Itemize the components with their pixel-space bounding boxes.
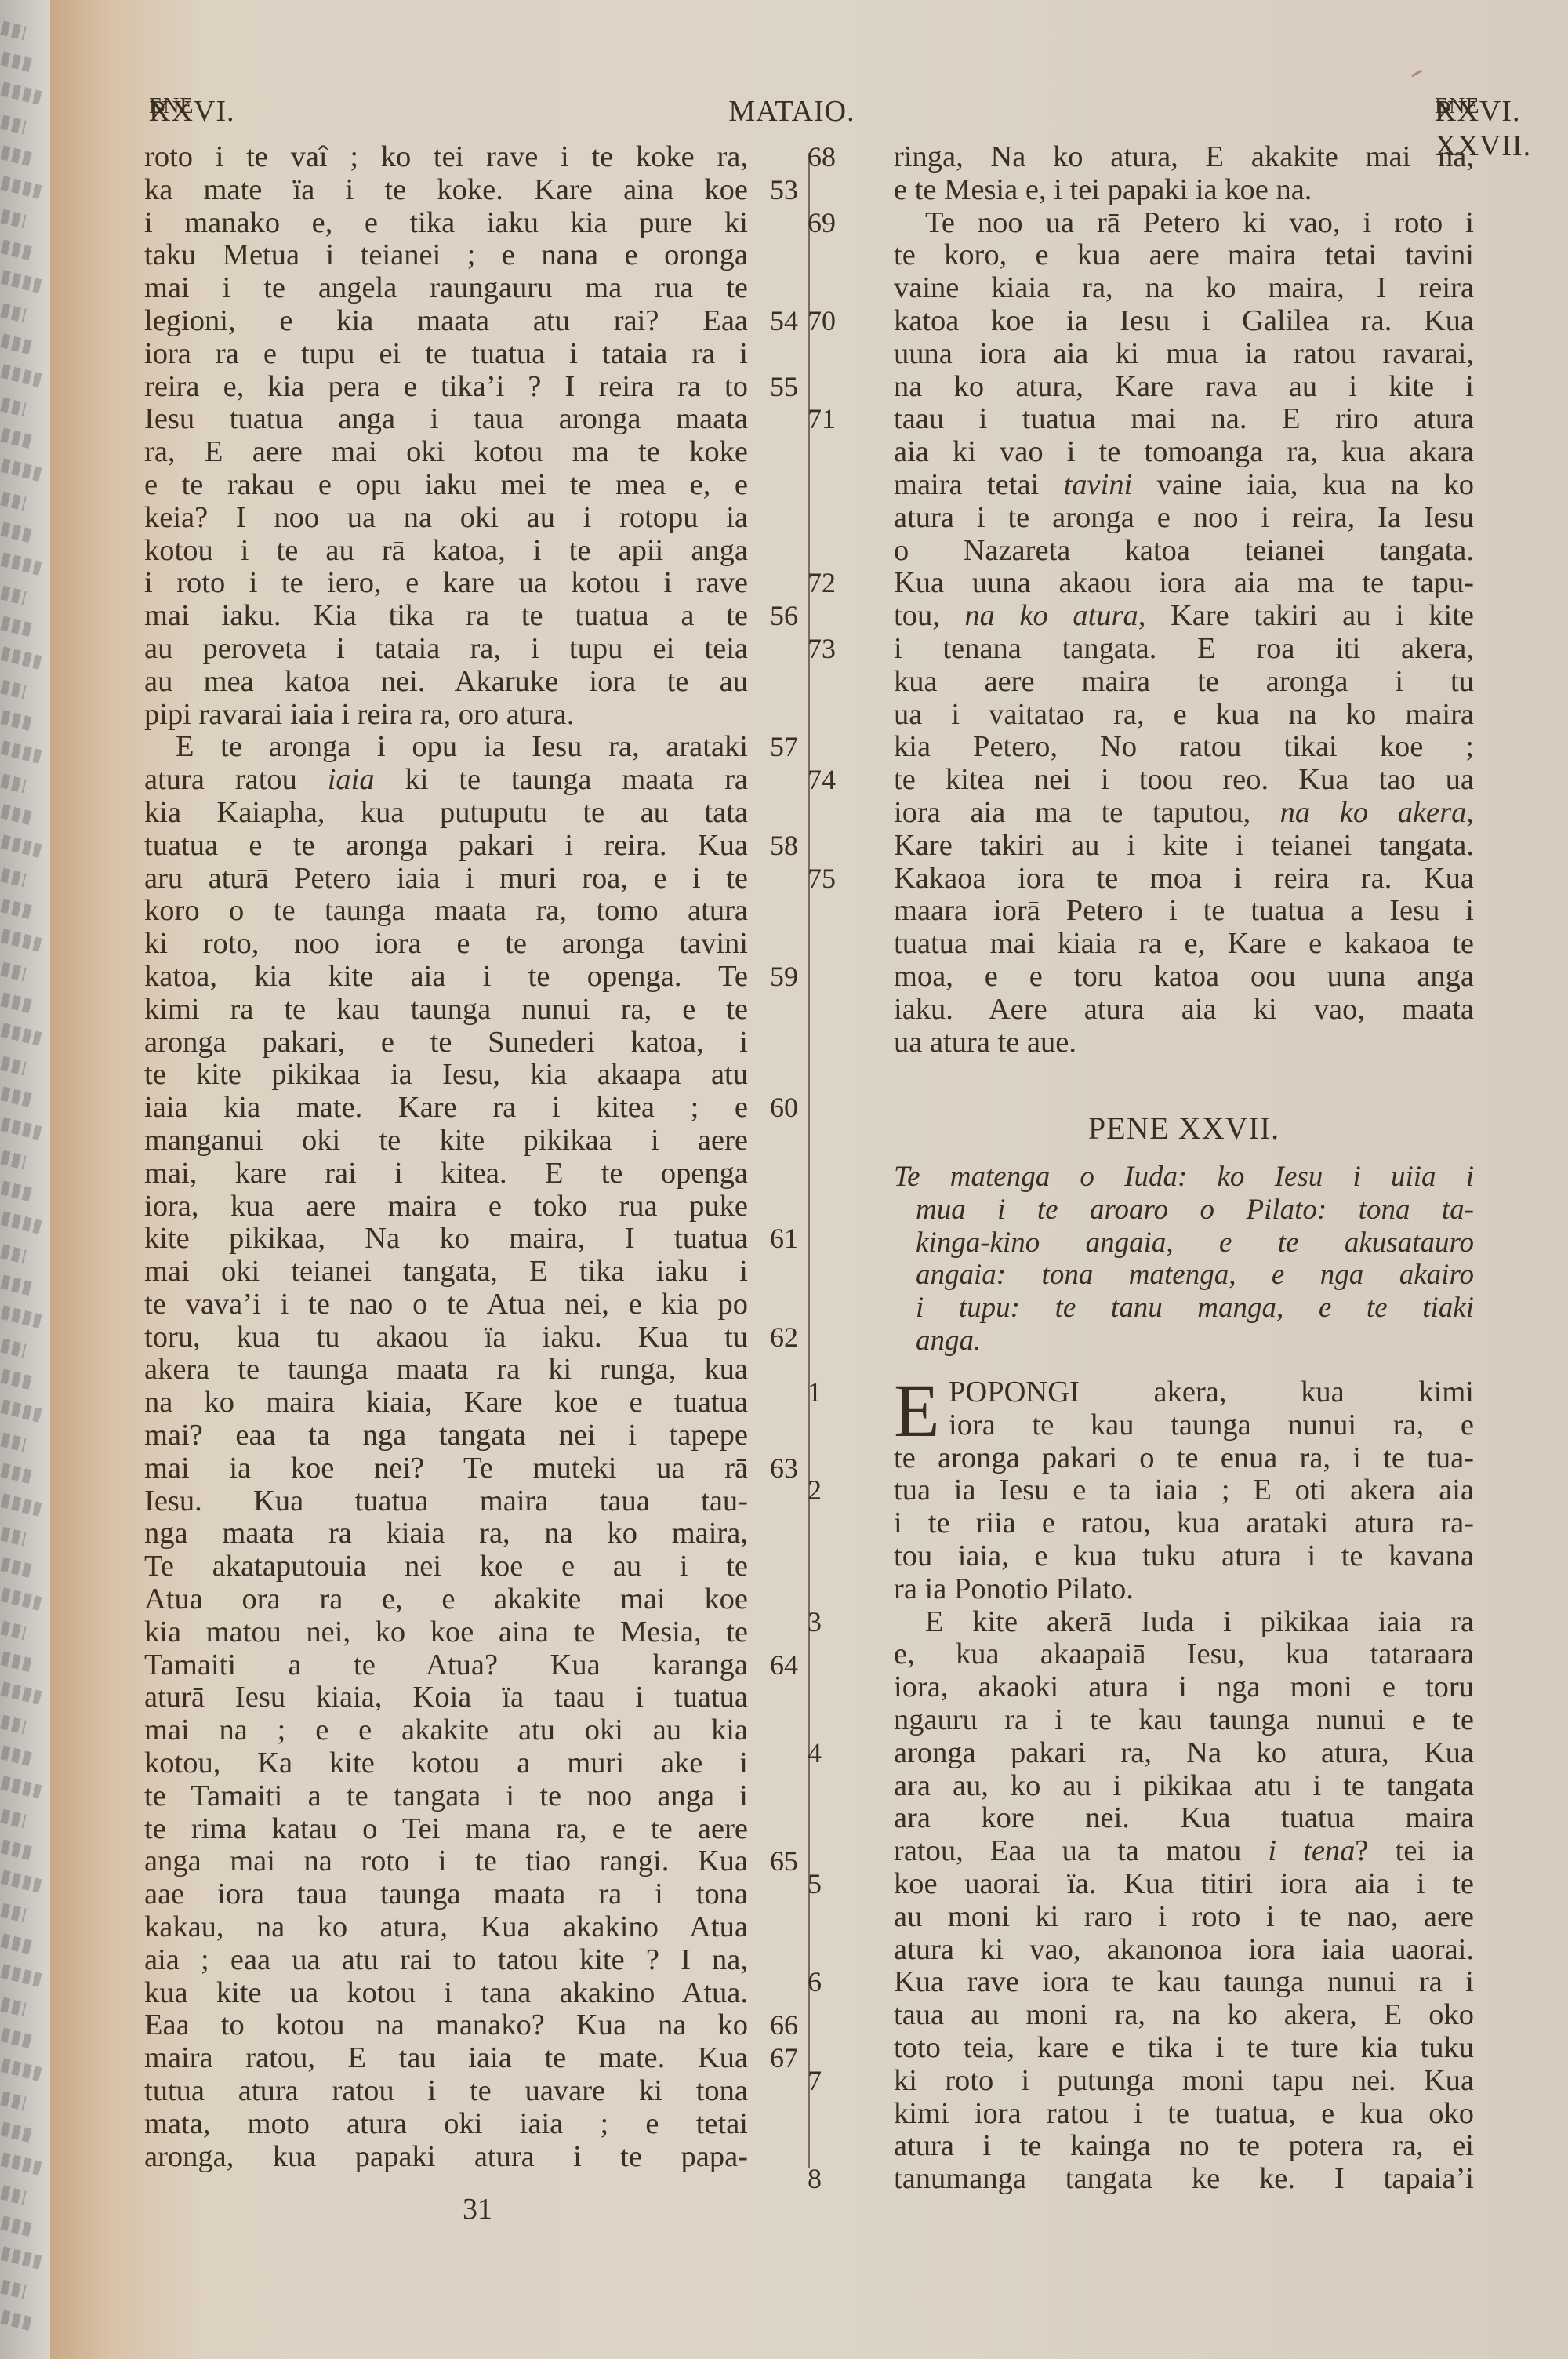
text-line: akera te taunga maata ra ki runga, kua [144, 1354, 748, 1387]
verse-number: 59 [770, 961, 798, 994]
text-line: te kite pikikaa ia Iesu, kia akaapa atu [144, 1059, 748, 1092]
text-line: vaine kiaia ra, na ko maira, I reira [894, 272, 1474, 305]
facing-page-text [1, 458, 42, 482]
text-line: ara au, ko au i pikikaa atu i te tangata [894, 1770, 1474, 1803]
facing-page-text [1, 1211, 42, 1234]
facing-page-text [0, 1056, 26, 1076]
summary-line: i tupu: te tanu manga, e te tiaki [894, 1292, 1474, 1325]
text-line: te kitea nei i toou reo. Kua tao ua74 [894, 764, 1474, 797]
text-line: katoa, kia kite aia i te openga. Te59 [144, 961, 748, 994]
text-line: au moni ki raro i roto i te nao, aere [894, 1901, 1474, 1934]
facing-page-text [0, 1651, 34, 1672]
verse-number: 54 [770, 305, 798, 338]
facing-page-text [0, 2121, 34, 2143]
running-head: PENE XXVI. MATAIO. PENE XXVI. XXVII. [149, 94, 1435, 133]
text-line: te vava’i i te nao o te Atua nei, e kia … [144, 1289, 748, 1321]
facing-page-text [0, 115, 26, 135]
text-line: ara kore nei. Kua tuatua maira [894, 1802, 1474, 1835]
text-line: iora aia ma te taputou, na ko akera, [894, 797, 1474, 830]
text-line: te rima katau o Tei mana ra, e te aere [144, 1813, 748, 1846]
text-line: aru aturā Petero iaia i muri roa, e i te [144, 863, 748, 896]
text-line: ua atura te aue. [894, 1027, 1474, 1060]
text-line: mai oki teianei tangata, E tika iaku i [144, 1256, 748, 1289]
text-line: uuna iora aia ki mua ia ratou ravarai, [894, 338, 1474, 371]
facing-page-text [0, 1463, 34, 1484]
text-line: tuatua mai kiaia ra e, Kare e kakaoa te [894, 928, 1474, 961]
facing-page-text [1, 2246, 42, 2270]
text-line: keia? I noo ua na oki au i rotopu ia [144, 502, 748, 535]
chapter-27-text: EPOPONGI akera, kua kimi1iora te kau tau… [894, 1376, 1474, 2196]
verse-number: 70 [808, 305, 862, 338]
text-line: Kua uuna akaou iora aia ma te tapu-72 [894, 567, 1474, 600]
verse-number: 57 [770, 731, 798, 764]
text-line: aia ki vao i te tomoanga ra, kua akara [894, 436, 1474, 469]
text-line: atura i te aronga e noo i reira, Ia Iesu [894, 502, 1474, 535]
text-line: E kite akerā Iuda i pikikaa iaia ra3 [894, 1606, 1474, 1639]
text-line: ratou, Eaa ua ta matou i tena? tei ia [894, 1835, 1474, 1868]
verse-number: 7 [808, 2065, 862, 2098]
text-line: iaia kia mate. Kare ra i kitea ; e60 [144, 1092, 748, 1125]
verse-number: 73 [808, 633, 862, 666]
verse-number: 65 [770, 1845, 798, 1878]
facing-page-text [0, 2027, 34, 2048]
facing-page-text [0, 1274, 34, 1296]
facing-page-text [0, 209, 26, 229]
facing-page-text [0, 21, 26, 41]
text-line: e te rakau e opu iaku mei te mea e, e [144, 469, 748, 502]
summary-line: anga. [894, 1325, 1474, 1358]
verse-number: 60 [770, 1092, 798, 1125]
verse-number: 55 [770, 371, 798, 404]
text-line: aia ; eaa ua atu rai to tatou kite ? I n… [144, 1944, 748, 1977]
facing-page-text [0, 398, 26, 417]
text-line: kotou, Ka kite kotou a muri ake i [144, 1747, 748, 1780]
verse-number: 61 [770, 1223, 798, 1256]
text-line: mai, kare rai i kitea. E te openga [144, 1158, 748, 1190]
text-line: o Nazareta katoa teianei tangata. [894, 535, 1474, 568]
chapter-heading: PENE XXVII. [894, 1110, 1474, 1147]
facing-page-text [0, 2092, 26, 2111]
text-line: maira ratou, E tau iaia te mate. Kua67 [144, 2042, 748, 2075]
facing-page-text [0, 804, 34, 825]
text-line: tou, na ko atura, Kare takiri au i kite [894, 600, 1474, 633]
text-line: iora te kau taunga nunui ra, e [894, 1409, 1474, 1442]
text-line: atura ki vao, akanonoa iora iaia uaorai. [894, 1934, 1474, 1967]
facing-page-text [1, 364, 42, 387]
text-line: Kare takiri au i kite i teianei tangata. [894, 830, 1474, 863]
text-line: iora, akaoki atura i nga moni e toru [894, 1671, 1474, 1704]
text-line: manganui oki te kite pikikaa i aere [144, 1125, 748, 1158]
summary-line: Te matenga o Iuda: ko Iesu i uiia i [894, 1161, 1474, 1194]
text-line: kia Petero, No ratou tikai koe ; [894, 731, 1474, 764]
verse-number: 6 [808, 1966, 862, 1999]
text-line: tuatua e te aronga pakari i reira. Kua58 [144, 830, 748, 863]
text-line: Tamaiti a te Atua? Kua karanga64 [144, 1649, 748, 1682]
text-line: i roto i te iero, e kare ua kotou i rave [144, 567, 748, 600]
facing-page-text [0, 1715, 26, 1735]
text-line: kite pikikaa, Na ko maira, I tuatua61 [144, 1223, 748, 1256]
facing-page-text [0, 1809, 26, 1829]
verse-number: 71 [808, 403, 862, 436]
facing-page-text [1, 552, 42, 576]
text-line: aronga, kua papaki atura i te papa- [144, 2141, 748, 2174]
facing-page-text [0, 586, 26, 605]
text-line: na ko atura, Kare rava au i kite i [894, 371, 1474, 404]
text-line: kia Kaiapha, kua putuputu te au tata [144, 797, 748, 830]
facing-page-text [0, 2280, 26, 2299]
text-line: aturā Iesu kiaia, Koia ïa taau i tuatua [144, 1681, 748, 1714]
text-line: Te noo ua rā Petero ki vao, i roto i69 [894, 207, 1474, 240]
facing-page-text [1, 929, 42, 952]
text-line: Eaa to kotou na manako? Kua na ko66 [144, 2009, 748, 2042]
text-line: Atua ora ra e, e akakite mai koe [144, 1583, 748, 1616]
facing-page-text [1, 2058, 42, 2081]
facing-page-text [0, 2186, 26, 2205]
facing-page-text [0, 239, 34, 260]
text-line: ki roto i putunga moni tapu nei. Kua7 [894, 2065, 1474, 2098]
facing-page-text [0, 1839, 34, 1860]
facing-page-text [1, 176, 42, 199]
facing-page-text [0, 1527, 26, 1547]
facing-page-text [1, 1493, 42, 1517]
page-number: 31 [463, 2192, 492, 2226]
text-line: kua kite ua kotou i tana akakino Atua. [144, 1977, 748, 2010]
text-line: au peroveta i tataia ra, i tupu ei teia [144, 633, 748, 666]
text-line: E te aronga i opu ia Iesu ra, arataki57 [144, 731, 748, 764]
text-line: atura i te kainga no te potera ra, ei [894, 2130, 1474, 2163]
summary-line: angaia: tona matenga, e nga akairo [894, 1259, 1474, 1292]
verse-number: 8 [808, 2163, 862, 2196]
verse-number: 66 [770, 2009, 798, 2042]
text-line: te Tamaiti a te tangata i te noo anga i [144, 1780, 748, 1813]
facing-page-text [0, 145, 34, 166]
facing-page-text [1, 1681, 42, 1705]
facing-page-text [1, 1117, 42, 1140]
facing-page-text [1, 1399, 42, 1423]
text-line: kimi ra te kau taunga nunui ra, e te [144, 994, 748, 1027]
text-line: mai i te angela raungauru ma rua te [144, 272, 748, 305]
text-line: i te riia e ratou, kua arataki atura ra- [894, 1507, 1474, 1540]
facing-page-text [0, 962, 26, 982]
facing-page-text [0, 1745, 34, 1766]
text-line: maara iorā Petero i te tuatua a Iesu i [894, 895, 1474, 928]
column-divider [808, 153, 810, 2168]
right-column: ringa, Na ko atura, E akakite mai na,68e… [894, 141, 1474, 1059]
facing-page-text [0, 427, 34, 449]
text-line: ringa, Na ko atura, E akakite mai na,68 [894, 141, 1474, 174]
verse-number: 1 [808, 1376, 862, 1409]
text-line: te aronga pakari o te enua ra, i te tua- [894, 1442, 1474, 1475]
text-line: Iesu tuatua anga i taua aronga maata [144, 403, 748, 436]
text-line: mai? eaa ta nga tangata nei i tapepe [144, 1419, 748, 1452]
verse-number: 69 [808, 207, 862, 240]
text-line: e te Mesia e, i tei papaki ia koe na. [894, 174, 1474, 207]
text-line: moa, e e toru katoa oou uuna anga [894, 961, 1474, 994]
verse-number: 63 [770, 1452, 798, 1485]
facing-page-text [0, 1086, 34, 1107]
facing-page-text [1, 1776, 42, 1799]
text-line: taau i tuatua mai na. E riro atura71 [894, 403, 1474, 436]
text-line: Kua rave iora te kau taunga nunui ra i6 [894, 1966, 1474, 1999]
verse-number: 4 [808, 1737, 862, 1770]
facing-page-text [0, 1557, 34, 1578]
text-line: legioni, e kia maata atu rai? Eaa54 [144, 305, 748, 338]
facing-page-text [0, 1150, 26, 1170]
facing-page-edge [0, 0, 50, 2359]
text-line: i tenana tangata. E roa iti akera,73 [894, 633, 1474, 666]
verse-number: 58 [770, 830, 798, 863]
text-line: iora, kua aere maira e toko rua puke [144, 1190, 748, 1223]
facing-page-text [1, 1305, 42, 1329]
text-line: Iesu. Kua tuatua maira taua tau- [144, 1485, 748, 1518]
text-line: ua i vaitatao ra, e kua na ko maira [894, 699, 1474, 732]
facing-page-text [0, 992, 34, 1013]
left-column: roto i te vaî ; ko tei rave i te koke ra… [144, 141, 748, 2173]
verse-number: 74 [808, 764, 862, 797]
facing-page-text [0, 680, 26, 700]
text-line: kua aere maira te aronga i tu [894, 666, 1474, 699]
chapter-summary: Te matenga o Iuda: ko Iesu i uiia imua i… [894, 1161, 1474, 1358]
text-line: nga maata ra kiaia ra, na ko maira, [144, 1518, 748, 1550]
text-line: aronga pakari ra, Na ko atura, Kua4 [894, 1737, 1474, 1770]
text-line: mai iaku. Kia tika ra te tuatua a te56 [144, 600, 748, 633]
text-line: koro o te taunga maata ra, tomo atura [144, 895, 748, 928]
verse-number: 68 [808, 141, 862, 174]
facing-page-text [0, 898, 34, 919]
text-line: iaku. Aere atura aia ki vao, maata [894, 994, 1474, 1027]
text-line: pipi ravarai iaia i reira ra, oro atura. [144, 699, 748, 732]
text-line: kia matou nei, ko koe aina te Mesia, te [144, 1616, 748, 1649]
text-line: kotou i te au rā katoa, i te apii anga [144, 535, 748, 568]
facing-page-text [0, 1621, 26, 1641]
facing-page-text [0, 616, 34, 637]
facing-page-text [0, 51, 34, 72]
verse-number: 2 [808, 1474, 862, 1507]
facing-page-text [0, 1339, 26, 1358]
summary-line: kinga-kino angaia, e te akusatauro [894, 1227, 1474, 1259]
text-line: ki roto, noo iora e te aronga tavini [144, 928, 748, 961]
verse-number: 64 [770, 1649, 798, 1682]
text-line: mai na ; e e akakite atu oki au kia [144, 1714, 748, 1747]
verse-number: 56 [770, 600, 798, 633]
text-line: reira e, kia pera e tika’i ? I reira ra … [144, 371, 748, 404]
verse-number: 3 [808, 1606, 862, 1639]
facing-page-text [0, 492, 26, 511]
facing-page-text [0, 1369, 34, 1390]
text-line: iora ra e tupu ei te tuatua i tataia ra … [144, 338, 748, 371]
text-line: tutua atura ratou i te uavare ki tona [144, 2075, 748, 2108]
summary-line: mua i te aroaro o Pilato: tona ta- [894, 1194, 1474, 1227]
text-line: aronga pakari, e te Sunederi katoa, i [144, 1027, 748, 1060]
text-line: tou iaia, e kua tuku atura i te kavana [894, 1540, 1474, 1573]
verse-number: 75 [808, 863, 862, 896]
facing-page-text [0, 304, 26, 323]
text-line: tua ia Iesu e ta iaia ; E oti akera aia2 [894, 1474, 1474, 1507]
facing-page-text [1, 1964, 42, 1987]
text-line: toto teia, kare e tika i te ture kia tuk… [894, 2032, 1474, 2065]
facing-page-text [0, 868, 26, 888]
facing-page-text [0, 1997, 26, 2017]
text-line: mata, moto atura oki iaia ; e tetai [144, 2108, 748, 2141]
verse-number: 67 [770, 2042, 798, 2075]
verse-number: 72 [808, 567, 862, 600]
text-line: ra, E aere mai oki kotou ma te koke [144, 436, 748, 469]
facing-page-text [1, 1870, 42, 1893]
text-line: Te akataputouia nei koe e au i te [144, 1550, 748, 1583]
text-line: tanumanga tangata ke ke. I tapaia’i8 [894, 2163, 1474, 2196]
facing-page-text [1, 82, 42, 105]
text-line: anga mai na roto i te tiao rangi. Kua65 [144, 1845, 748, 1878]
facing-page-text [0, 2310, 34, 2331]
text-line: koe uaorai ïa. Kua titiri iora aia i te5 [894, 1868, 1474, 1901]
facing-page-text [1, 646, 42, 670]
verse-number: 5 [808, 1868, 862, 1901]
text-line: atura ratou iaia ki te taunga maata ra [144, 764, 748, 797]
text-line: aae iora taua taunga maata ra i tona [144, 1878, 748, 1911]
text-line: taua au moni ra, na ko akera, E oko [894, 1999, 1474, 2032]
text-line: kakau, na ko atura, Kua akakino Atua [144, 1911, 748, 1944]
facing-page-text [1, 1587, 42, 1611]
text-line: maira tetai tavini vaine iaia, kua na ko [894, 469, 1474, 502]
verse-number: 62 [770, 1321, 798, 1354]
facing-page-text [1, 740, 42, 764]
text-line: EPOPONGI akera, kua kimi1 [894, 1376, 1474, 1409]
facing-page-text [0, 1903, 26, 1923]
text-line: ngauru ra i te kau taunga nunui e te [894, 1704, 1474, 1737]
facing-page-text [0, 333, 34, 354]
facing-page-text [0, 710, 34, 731]
book-title: MATAIO. [149, 94, 1435, 129]
text-line: Kakaoa iora te moa i reira ra. Kua75 [894, 863, 1474, 896]
text-line: toru, kua tu akaou ïa iaku. Kua tu62 [144, 1321, 748, 1354]
text-line: ka mate ïa i te koke. Kare aina koe53 [144, 174, 748, 207]
text-line: au mea katoa nei. Akaruke iora te au [144, 666, 748, 699]
facing-page-text [1, 270, 42, 293]
facing-page-text [0, 1433, 26, 1452]
facing-page-text [0, 522, 34, 543]
verse-number: 53 [770, 174, 798, 207]
facing-page-text [0, 1933, 34, 1954]
text-line: i manako e, e tika iaku kia pure ki [144, 207, 748, 240]
facing-page-text [0, 774, 26, 794]
facing-page-text [1, 2152, 42, 2175]
facing-page-text [0, 1180, 34, 1201]
text-line: te koro, e kua aere maira tetai tavini [894, 239, 1474, 272]
text-line: e, kua akaapaiā Iesu, kua tataraara [894, 1638, 1474, 1671]
facing-page-text [1, 1023, 42, 1046]
text-line: mai ia koe nei? Te muteki ua rā63 [144, 1452, 748, 1485]
text-line: katoa koe ia Iesu i Galilea ra. Kua70 [894, 305, 1474, 338]
text-line: taku Metua i teianei ; e nana e oronga [144, 239, 748, 272]
text-line: ra ia Ponotio Pilato. [894, 1573, 1474, 1606]
text-line: kimi iora ratou i te tuatua, e kua oko [894, 2098, 1474, 2131]
facing-page-text [1, 834, 42, 858]
facing-page-text [0, 2215, 34, 2237]
text-line: na ko maira kiaia, Kare koe e tuatua [144, 1387, 748, 1419]
facing-page-text [0, 1245, 26, 1264]
text-line: roto i te vaî ; ko tei rave i te koke ra… [144, 141, 748, 174]
